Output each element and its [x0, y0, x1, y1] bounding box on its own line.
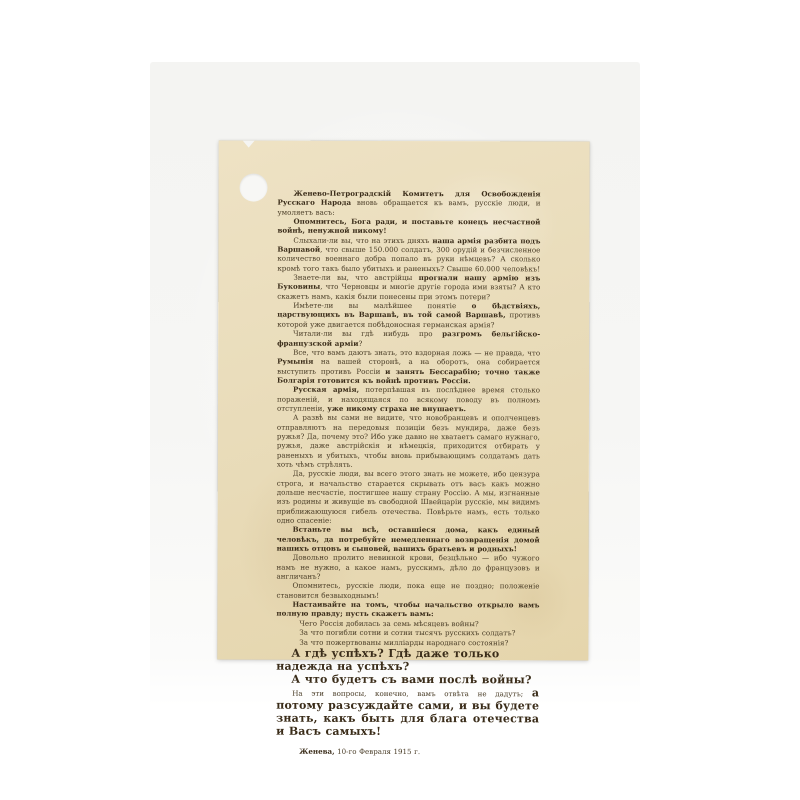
- paragraph: Настаивайте на томъ, чтобы начальство от…: [276, 600, 539, 619]
- paragraph: А гдѣ успѣхъ? Гдѣ даже только надежда на…: [276, 647, 539, 674]
- text-segment: Имѣете-ли вы малѣйшее понятіе: [293, 301, 471, 310]
- paragraph: Женево-Петроградскій Комитетъ для Освобо…: [277, 189, 540, 218]
- paragraph: Да, русскіе люди, вы всего этого знать н…: [277, 469, 540, 526]
- punch-hole: [240, 174, 268, 202]
- text-segment: А гдѣ успѣхъ? Гдѣ даже только надежда на…: [276, 647, 499, 673]
- text-segment: Женева,: [299, 747, 335, 756]
- text-segment: За что пожертвованы милліарды народнаго …: [299, 637, 508, 647]
- paragraph: Русская армія, потерпѣвшая въ послѣднее …: [277, 385, 540, 414]
- text-segment: Все, что вамъ даютъ знать, это вздорная …: [293, 348, 540, 358]
- paragraph: А что будетъ съ вами послѣ войны?: [276, 673, 539, 687]
- text-segment: уже никому страха не внушаетъ.: [327, 404, 466, 413]
- leaflet-paper: Женево-Петроградскій Комитетъ для Освобо…: [217, 141, 589, 661]
- text-segment: Настаивайте на томъ, чтобы начальство от…: [276, 600, 539, 619]
- text-segment: Встаньте вы всѣ, оставшіеся дома, какъ е…: [277, 525, 540, 553]
- paragraph: Довольно пролито невинной крови, безцѣль…: [277, 553, 540, 582]
- text-segment: На эти вопросы, конечно, вамъ отвѣта не …: [292, 689, 532, 699]
- text-segment: Опомнитесь, Бога ради, и поставьте конец…: [277, 217, 540, 236]
- paragraph: Все, что вамъ даютъ знать, это вздорная …: [277, 348, 540, 386]
- scan-canvas: Женево-Петроградскій Комитетъ для Освобо…: [0, 0, 800, 800]
- document-text: Женево-Петроградскій Комитетъ для Освобо…: [276, 189, 540, 757]
- text-segment: Румынія: [277, 357, 313, 366]
- paragraph: Знаете-ли вы, что австрійцы прогнали наш…: [277, 273, 540, 302]
- text-segment: Довольно пролито невинной крови, безцѣль…: [277, 553, 540, 581]
- paragraph: Женева, 10-го Февраля 1915 г.: [276, 747, 539, 757]
- text-segment: Да, русскіе люди, вы всего этого знать н…: [277, 469, 540, 525]
- paragraph: Встаньте вы всѣ, оставшіеся дома, какъ е…: [277, 525, 540, 554]
- text-segment: Слыхали-ли вы, что на этихъ дняхъ: [293, 235, 432, 244]
- paragraph: Слыхали-ли вы, что на этихъ дняхъ наша а…: [277, 235, 540, 273]
- text-segment: Опомнитесь, русскіе люди, пока еще не по…: [276, 581, 539, 600]
- text-segment: За что погибли сотни и сотни тысячъ русс…: [299, 628, 515, 638]
- paragraph: А развѣ вы сами не видите, что новобранц…: [277, 413, 540, 470]
- text-segment: ?: [358, 338, 362, 347]
- text-segment: Чего Россія добилась за семь мѣсяцевъ во…: [299, 619, 478, 628]
- paragraph: Опомнитесь, Бога ради, и поставьте конец…: [277, 217, 540, 236]
- paragraph: На эти вопросы, конечно, вамъ отвѣта не …: [276, 686, 539, 739]
- text-segment: Читали-ли вы гдѣ нибудь про: [293, 329, 442, 338]
- paragraph: Читали-ли вы гдѣ нибудь про разгромъ бел…: [277, 329, 540, 348]
- paper-edge-notch: [243, 141, 255, 148]
- text-segment: Знаете-ли вы, что австрійцы: [293, 273, 418, 282]
- text-segment: А развѣ вы сами не видите, что новобранц…: [277, 413, 540, 469]
- text-segment: А что будетъ съ вами послѣ войны?: [291, 673, 531, 687]
- text-segment: 10-го Февраля 1915 г.: [335, 747, 421, 756]
- paragraph: Опомнитесь, русскіе люди, пока еще не по…: [276, 581, 539, 600]
- paragraph: Имѣете-ли вы малѣйшее понятіе о бѣдствія…: [277, 301, 540, 330]
- text-segment: Русская армія,: [293, 385, 359, 394]
